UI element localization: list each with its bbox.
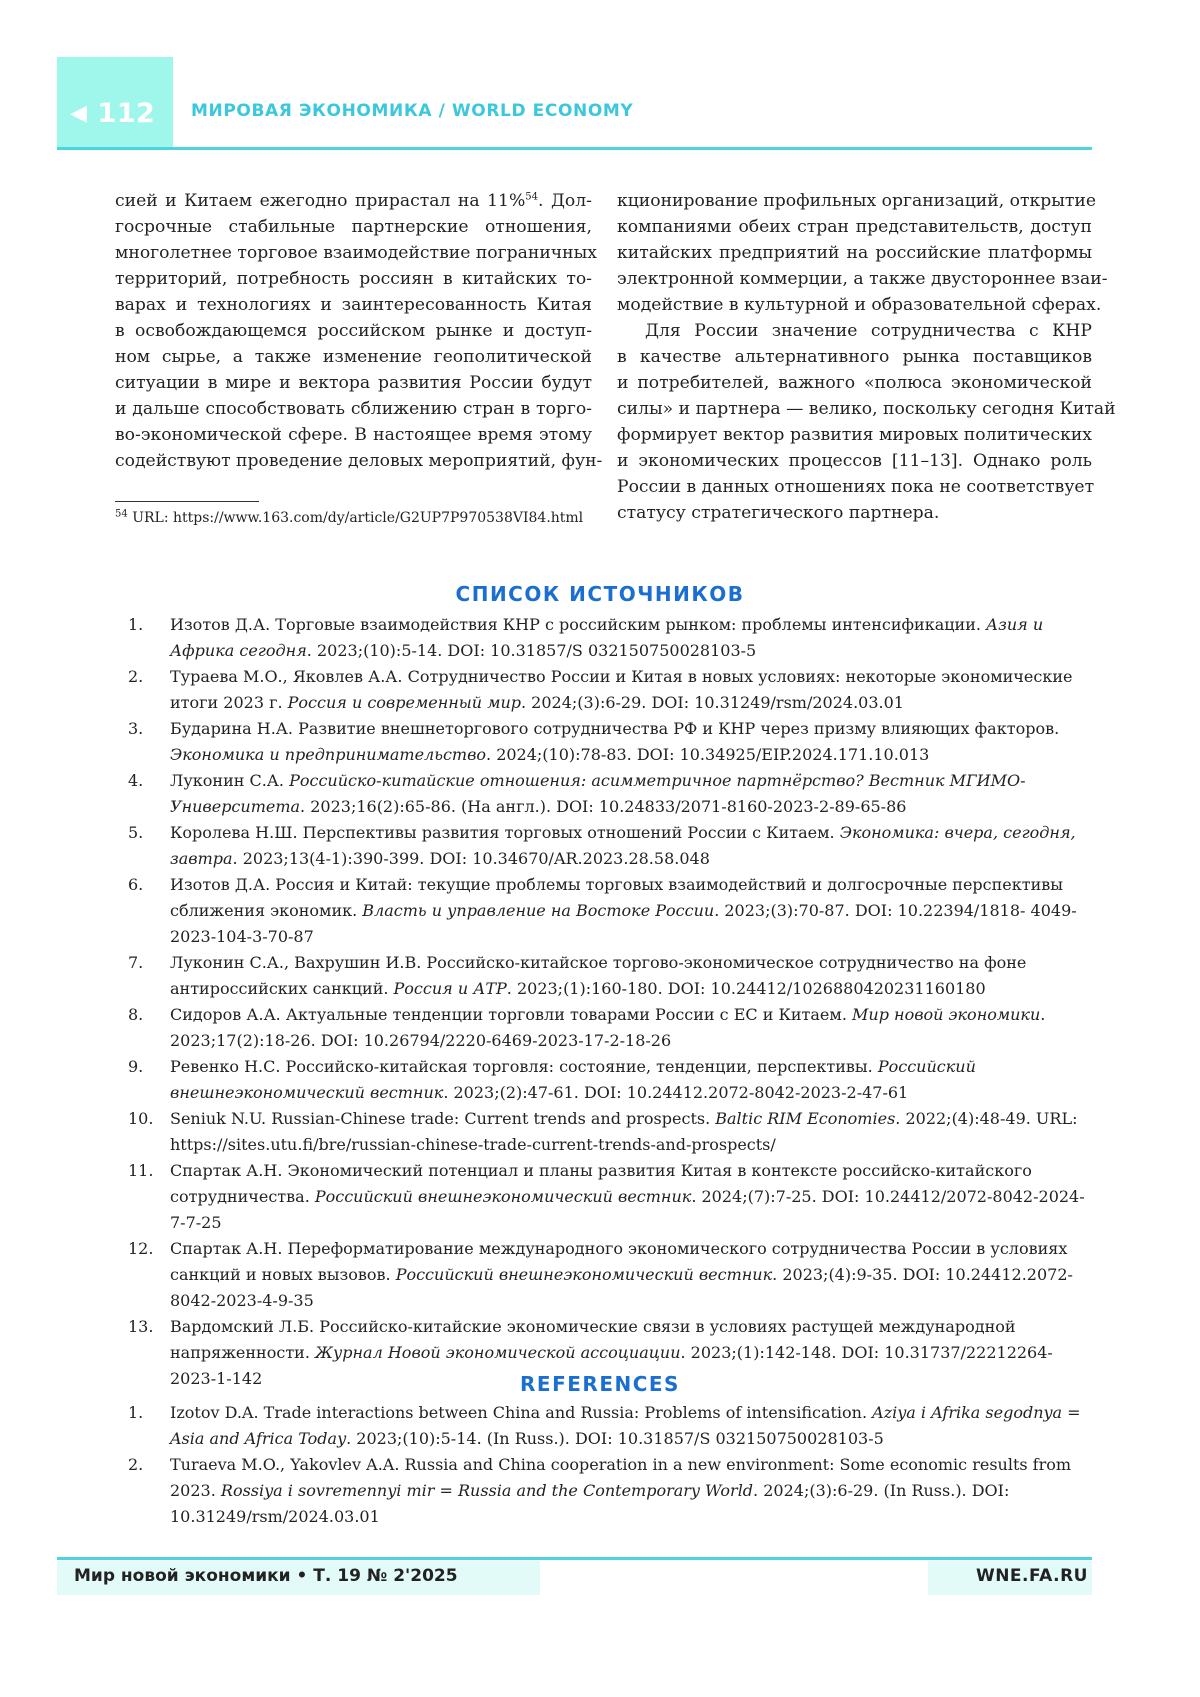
- section-header-title: МИРОВАЯ ЭКОНОМИКА / WORLD ECONOMY: [191, 101, 633, 121]
- text-line: электронной коммерции, а также двусторон…: [617, 266, 1092, 292]
- reference-number: 10.: [128, 1106, 170, 1158]
- footer-divider: [57, 1557, 1092, 1560]
- reference-text: Бударина Н.А. Развитие внешнеторгового с…: [170, 716, 1098, 768]
- reference-source-title: Российско-китайские отношения: асимметри…: [170, 771, 1025, 816]
- reference-text: Спартак А.Н. Экономический потенциал и п…: [170, 1158, 1098, 1236]
- text-line: формирует вектор развития мировых полити…: [617, 422, 1092, 448]
- reference-source-title: Российский внешнеэкономический вестник: [315, 1187, 691, 1206]
- text-line: многолетнее торговое взаимодействие погр…: [115, 240, 592, 266]
- text-line: России в данных отношениях пока не соотв…: [617, 474, 1092, 500]
- reference-source-title: Baltic RIM Economies: [715, 1109, 895, 1128]
- reference-text: Королева Н.Ш. Перспективы развития торго…: [170, 820, 1098, 872]
- text-line: статусу стратегического партнера.: [617, 500, 1092, 526]
- reference-item: 12.Спартак А.Н. Переформатирование между…: [128, 1236, 1098, 1314]
- text-line: и потребителей, важного «полюса экономич…: [617, 370, 1092, 396]
- text-line: китайских предприятий на российские плат…: [617, 240, 1092, 266]
- reference-text: Тураева М.О., Яковлев А.А. Сотрудничеств…: [170, 664, 1098, 716]
- footnote-link[interactable]: URL: https://www.163.com/dy/article/G2UP…: [132, 510, 583, 526]
- reference-source-title: Мир новой экономики: [852, 1005, 1040, 1024]
- text-line: варах и технологиях и заинтересованность…: [115, 292, 592, 318]
- reference-item: 6.Изотов Д.А. Россия и Китай: текущие пр…: [128, 872, 1098, 950]
- reference-item: 4.Луконин С.А. Российско-китайские отнош…: [128, 768, 1098, 820]
- references-list: 1.Izotov D.A. Trade interactions between…: [128, 1400, 1098, 1530]
- text-line: в освобождающемся российском рынке и дос…: [115, 318, 592, 344]
- text-line: компаниями обеих стран представительств,…: [617, 214, 1092, 240]
- reference-source-title: Экономика и предпринимательство: [170, 745, 486, 764]
- reference-item: 2.Turaeva M.O., Yakovlev A.A. Russia and…: [128, 1452, 1098, 1530]
- text-line: модействие в культурной и образовательно…: [617, 292, 1092, 318]
- reference-source-title: Экономика: вчера, сегодня, завтра: [170, 823, 1076, 868]
- body-column-right: кционирование профильных организаций, от…: [617, 188, 1092, 526]
- text-line: и дальше способствовать сближению стран …: [115, 396, 592, 422]
- text-line: территорий, потребность россиян в китайс…: [115, 266, 592, 292]
- reference-number: 1.: [128, 1400, 170, 1452]
- reference-number: 7.: [128, 950, 170, 1002]
- sources-list: 1.Изотов Д.А. Торговые взаимодействия КН…: [128, 612, 1098, 1392]
- reference-number: 1.: [128, 612, 170, 664]
- reference-item: 5.Королева Н.Ш. Перспективы развития тор…: [128, 820, 1098, 872]
- reference-text: Turaeva M.O., Yakovlev A.A. Russia and C…: [170, 1452, 1098, 1530]
- reference-number: 5.: [128, 820, 170, 872]
- reference-number: 2.: [128, 1452, 170, 1530]
- reference-number: 2.: [128, 664, 170, 716]
- reference-number: 3.: [128, 716, 170, 768]
- reference-source-title: Россия и современный мир: [288, 693, 521, 712]
- reference-text: Луконин С.А. Российско-китайские отношен…: [170, 768, 1098, 820]
- reference-text: Изотов Д.А. Россия и Китай: текущие проб…: [170, 872, 1098, 950]
- reference-source-title: Журнал Новой экономической ассоциации: [315, 1343, 681, 1362]
- text-line: содействуют проведение деловых мероприят…: [115, 448, 592, 474]
- reference-number: 11.: [128, 1158, 170, 1236]
- footnote-divider: [115, 501, 259, 502]
- reference-source-title: Россия и АТР: [394, 979, 507, 998]
- reference-text: Спартак А.Н. Переформатирование междунар…: [170, 1236, 1098, 1314]
- reference-item: 10.Seniuk N.U. Russian-Chinese trade: Cu…: [128, 1106, 1098, 1158]
- reference-item: 11.Спартак А.Н. Экономический потенциал …: [128, 1158, 1098, 1236]
- reference-text: Луконин С.А., Вахрушин И.В. Российско-ки…: [170, 950, 1098, 1002]
- reference-source-title: Российский внешнеэкономический вестник: [396, 1265, 772, 1284]
- reference-item: 3.Бударина Н.А. Развитие внешнеторгового…: [128, 716, 1098, 768]
- text-line: госрочные стабильные партнерские отношен…: [115, 214, 592, 240]
- references-heading: REFERENCES: [0, 1372, 1200, 1396]
- text-line: во-экономической сфере. В настоящее врем…: [115, 422, 592, 448]
- page-number: ◀112: [70, 98, 155, 129]
- text-line: кционирование профильных организаций, от…: [617, 188, 1092, 214]
- reference-item: 8.Сидоров А.А. Актуальные тенденции торг…: [128, 1002, 1098, 1054]
- footnote-number: 54: [115, 508, 128, 519]
- page-number-text: 112: [97, 98, 155, 129]
- text-line: ситуации в мире и вектора развития Росси…: [115, 370, 592, 396]
- reference-source-title: Aziya i Afrika segodnya = Asia and Afric…: [170, 1403, 1081, 1448]
- footer-site-link[interactable]: WNE.FA.RU: [976, 1566, 1088, 1586]
- text-line: Для России значение сотрудничества с КНР: [617, 318, 1092, 344]
- sources-heading: СПИСОК ИСТОЧНИКОВ: [0, 582, 1200, 606]
- text-line: сией и Китаем ежегодно прирастал на 11%5…: [115, 188, 592, 214]
- reference-item: 9.Ревенко Н.С. Российско-китайская торго…: [128, 1054, 1098, 1106]
- reference-item: 1.Изотов Д.А. Торговые взаимодействия КН…: [128, 612, 1098, 664]
- reference-item: 7.Луконин С.А., Вахрушин И.В. Российско-…: [128, 950, 1098, 1002]
- reference-source-title: Rossiya i sovremennyi mir = Russia and t…: [221, 1481, 753, 1500]
- reference-number: 9.: [128, 1054, 170, 1106]
- text-line: и экономических процессов [11–13]. Однак…: [617, 448, 1092, 474]
- reference-text: Изотов Д.А. Торговые взаимодействия КНР …: [170, 612, 1098, 664]
- header-divider: [57, 147, 1092, 150]
- footer-journal-title: Мир новой экономики • Т. 19 № 2'2025: [74, 1566, 458, 1586]
- reference-text: Seniuk N.U. Russian-Chinese trade: Curre…: [170, 1106, 1098, 1158]
- footnote-marker: 54: [525, 191, 538, 202]
- reference-number: 4.: [128, 768, 170, 820]
- footnote: 54 URL: https://www.163.com/dy/article/G…: [115, 508, 583, 528]
- body-column-left: сией и Китаем ежегодно прирастал на 11%5…: [115, 188, 592, 474]
- reference-item: 1.Izotov D.A. Trade interactions between…: [128, 1400, 1098, 1452]
- triangle-left-icon: ◀: [70, 101, 87, 126]
- reference-source-title: Российский внешнеэкономический вестник: [170, 1057, 976, 1102]
- reference-number: 6.: [128, 872, 170, 950]
- reference-text: Сидоров А.А. Актуальные тенденции торгов…: [170, 1002, 1098, 1054]
- reference-text: Ревенко Н.С. Российско-китайская торговл…: [170, 1054, 1098, 1106]
- text-line: силы» и партнера — велико, поскольку сег…: [617, 396, 1092, 422]
- reference-item: 2.Тураева М.О., Яковлев А.А. Сотрудничес…: [128, 664, 1098, 716]
- text-line: ном сырье, а также изменение геополитиче…: [115, 344, 592, 370]
- reference-source-title: Власть и управление на Востоке России: [362, 901, 714, 920]
- text-line: в качестве альтернативного рынка поставщ…: [617, 344, 1092, 370]
- reference-number: 12.: [128, 1236, 170, 1314]
- reference-number: 8.: [128, 1002, 170, 1054]
- reference-text: Izotov D.A. Trade interactions between C…: [170, 1400, 1098, 1452]
- reference-source-title: Азия и Африка сегодня: [170, 615, 1043, 660]
